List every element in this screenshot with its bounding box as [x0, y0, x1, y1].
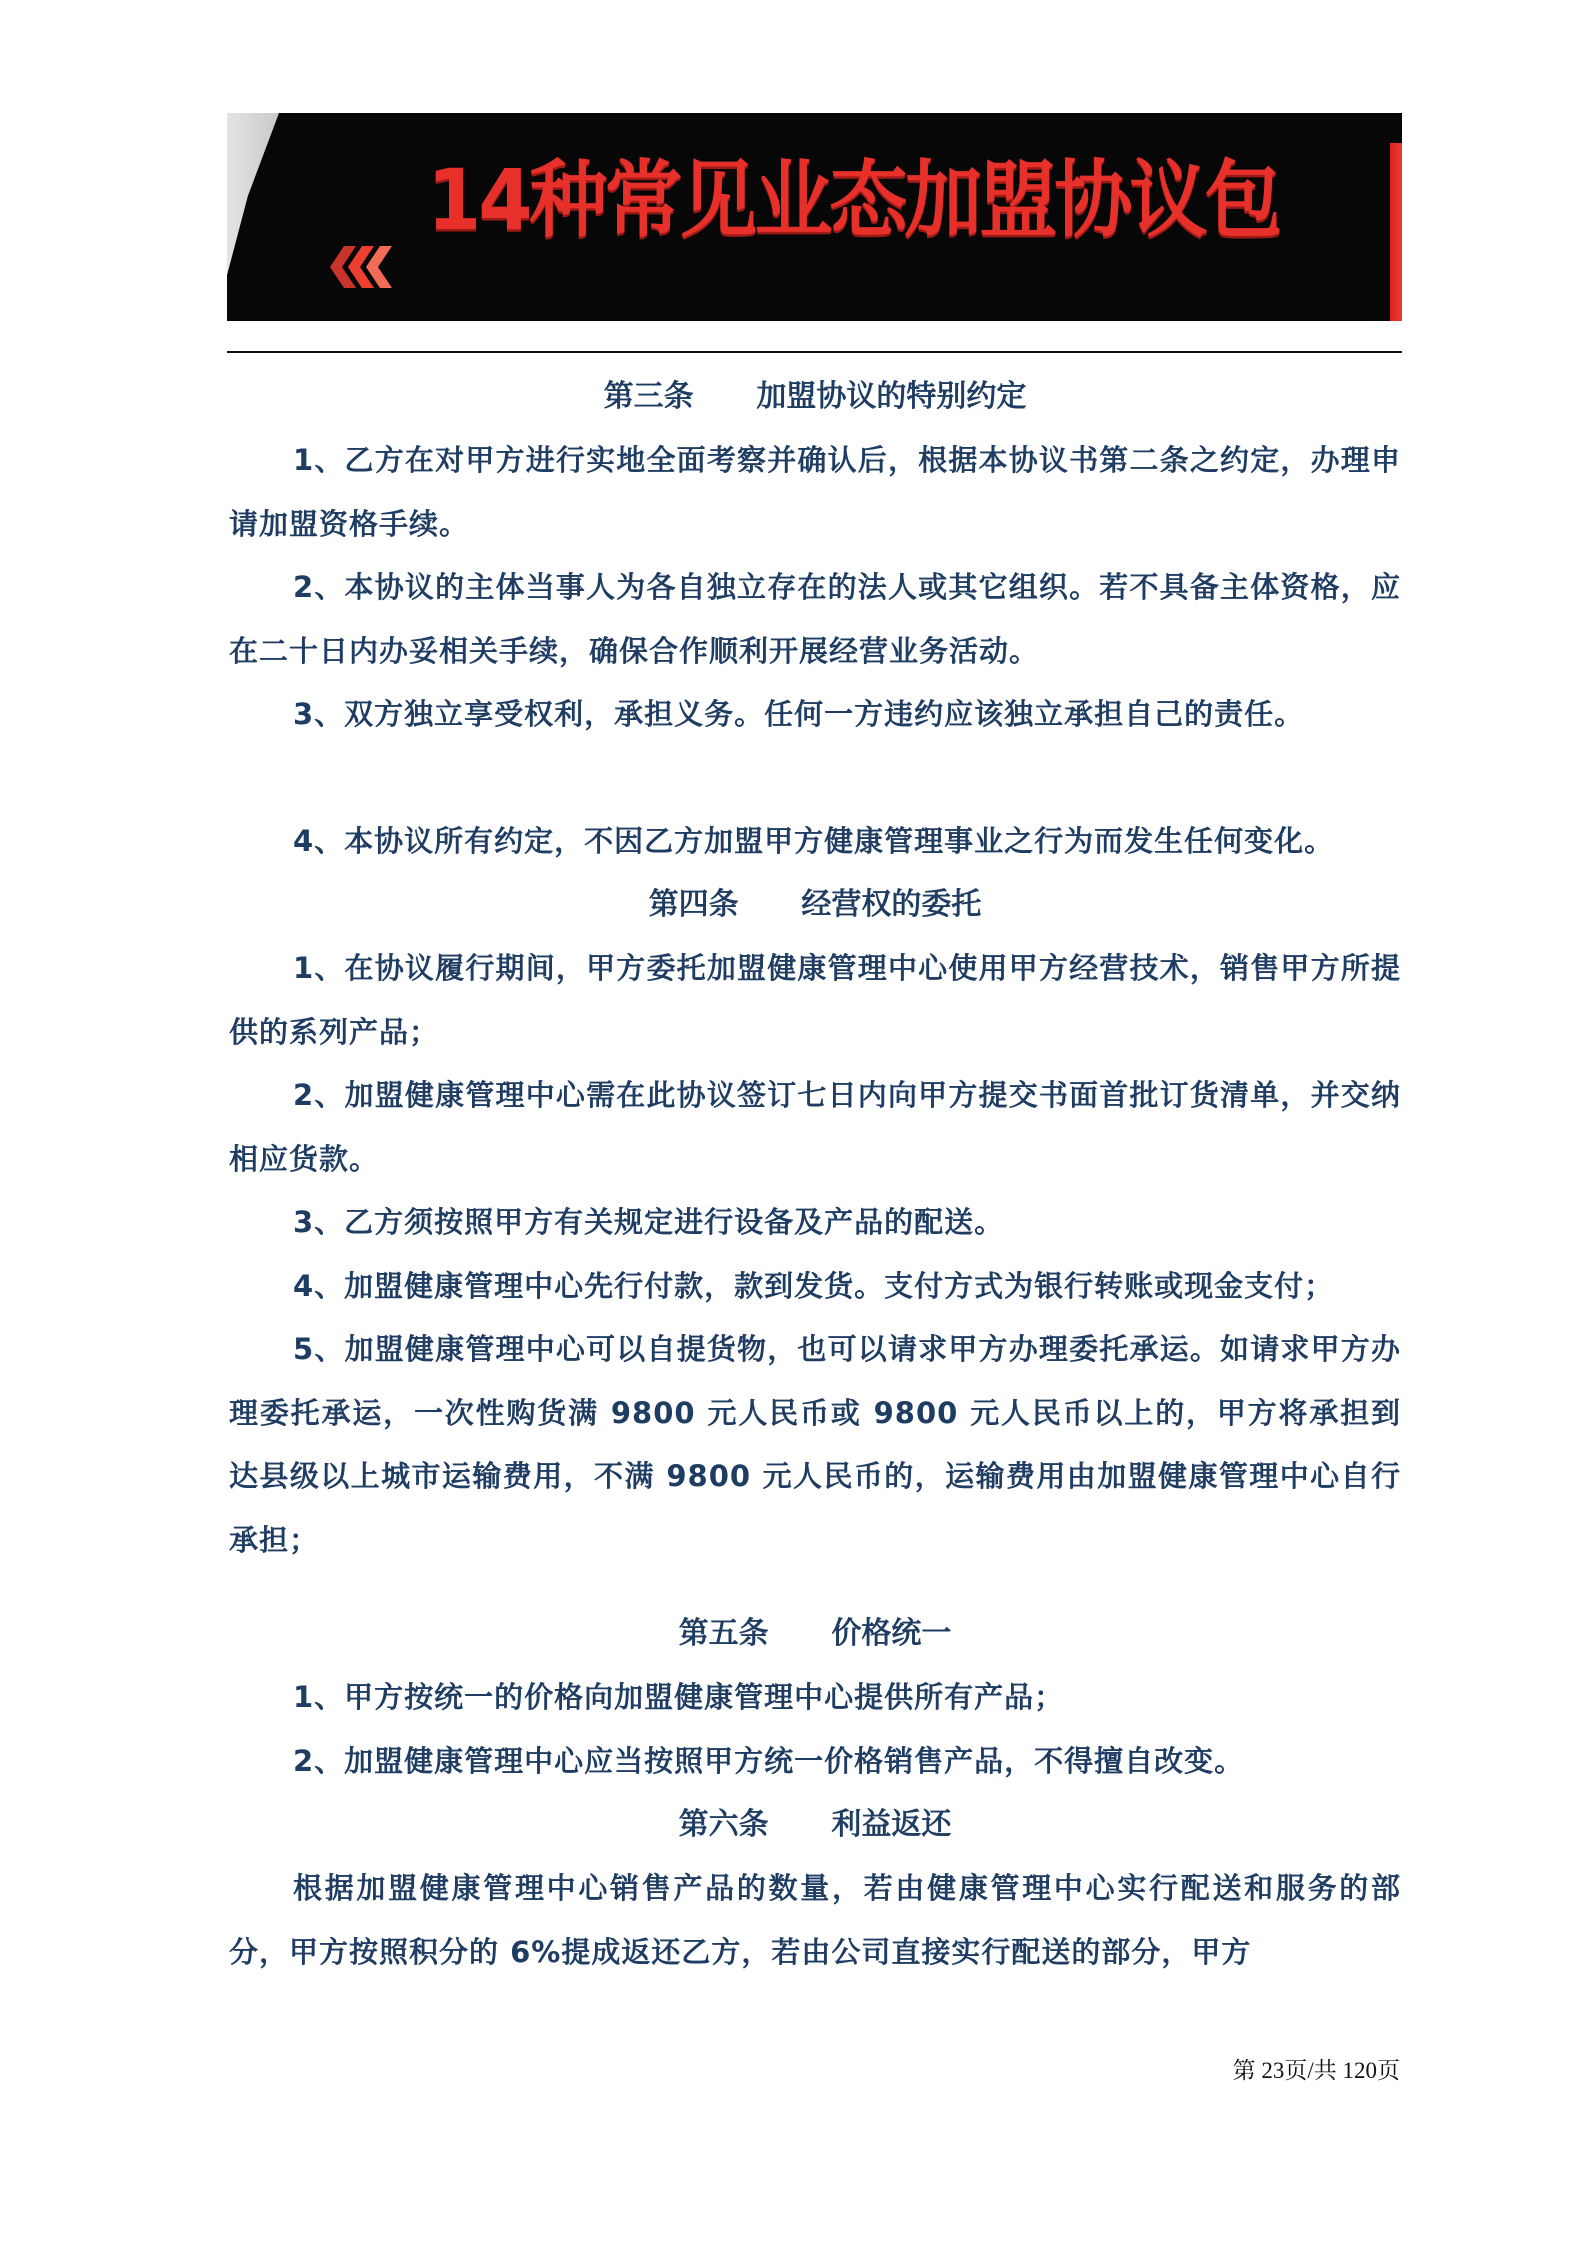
paragraph: 4、加盟健康管理中心先行付款，款到发货。支付方式为银行转账或现金支付； — [229, 1255, 1401, 1319]
blank-line — [229, 747, 1401, 810]
accent-bar — [1390, 143, 1402, 321]
header-divider — [227, 351, 1402, 353]
blank-line — [229, 1572, 1401, 1602]
paragraph: 5、加盟健康管理中心可以自提货物，也可以请求甲方办理委托承运。如请求甲方办理委托… — [229, 1318, 1401, 1572]
paragraph: 2、本协议的主体当事人为各自独立存在的法人或其它组织。若不具备主体资格，应在二十… — [229, 556, 1401, 683]
paragraph: 4、本协议所有约定，不因乙方加盟甲方健康管理事业之行为而发生任何变化。 — [229, 810, 1401, 874]
paragraph: 根据加盟健康管理中心销售产品的数量，若由健康管理中心实行配送和服务的部分，甲方按… — [229, 1857, 1401, 1984]
paragraph: 1、在协议履行期间，甲方委托加盟健康管理中心使用甲方经营技术，销售甲方所提供的系… — [229, 937, 1401, 1064]
section-heading: 第四条 经营权的委托 — [229, 873, 1401, 937]
paragraph: 2、加盟健康管理中心应当按照甲方统一价格销售产品，不得擅自改变。 — [229, 1730, 1401, 1794]
paragraph: 3、乙方须按照甲方有关规定进行设备及产品的配送。 — [229, 1191, 1401, 1255]
document-body: 第三条 加盟协议的特别约定 1、乙方在对甲方进行实地全面考察并确认后，根据本协议… — [229, 365, 1401, 1984]
paragraph: 3、双方独立享受权利，承担义务。任何一方违约应该独立承担自己的责任。 — [229, 683, 1401, 747]
paragraph: 1、甲方按统一的价格向加盟健康管理中心提供所有产品； — [229, 1666, 1401, 1730]
banner-title: 14种常见业态加盟协议包 — [427, 133, 1280, 254]
paragraph: 2、加盟健康管理中心需在此协议签订七日内向甲方提交书面首批订货清单，并交纳相应货… — [229, 1064, 1401, 1191]
section-heading: 第五条 价格统一 — [229, 1602, 1401, 1666]
double-chevron-left-icon — [330, 246, 400, 288]
paragraph: 1、乙方在对甲方进行实地全面考察并确认后，根据本协议书第二条之约定，办理申请加盟… — [229, 429, 1401, 556]
page-curl-decoration — [227, 113, 279, 321]
page-number: 第 23页/共 120页 — [1150, 2052, 1400, 2085]
section-heading: 第六条 利益返还 — [229, 1793, 1401, 1857]
header-banner: 14种常见业态加盟协议包 — [227, 113, 1402, 321]
section-heading: 第三条 加盟协议的特别约定 — [229, 365, 1401, 429]
